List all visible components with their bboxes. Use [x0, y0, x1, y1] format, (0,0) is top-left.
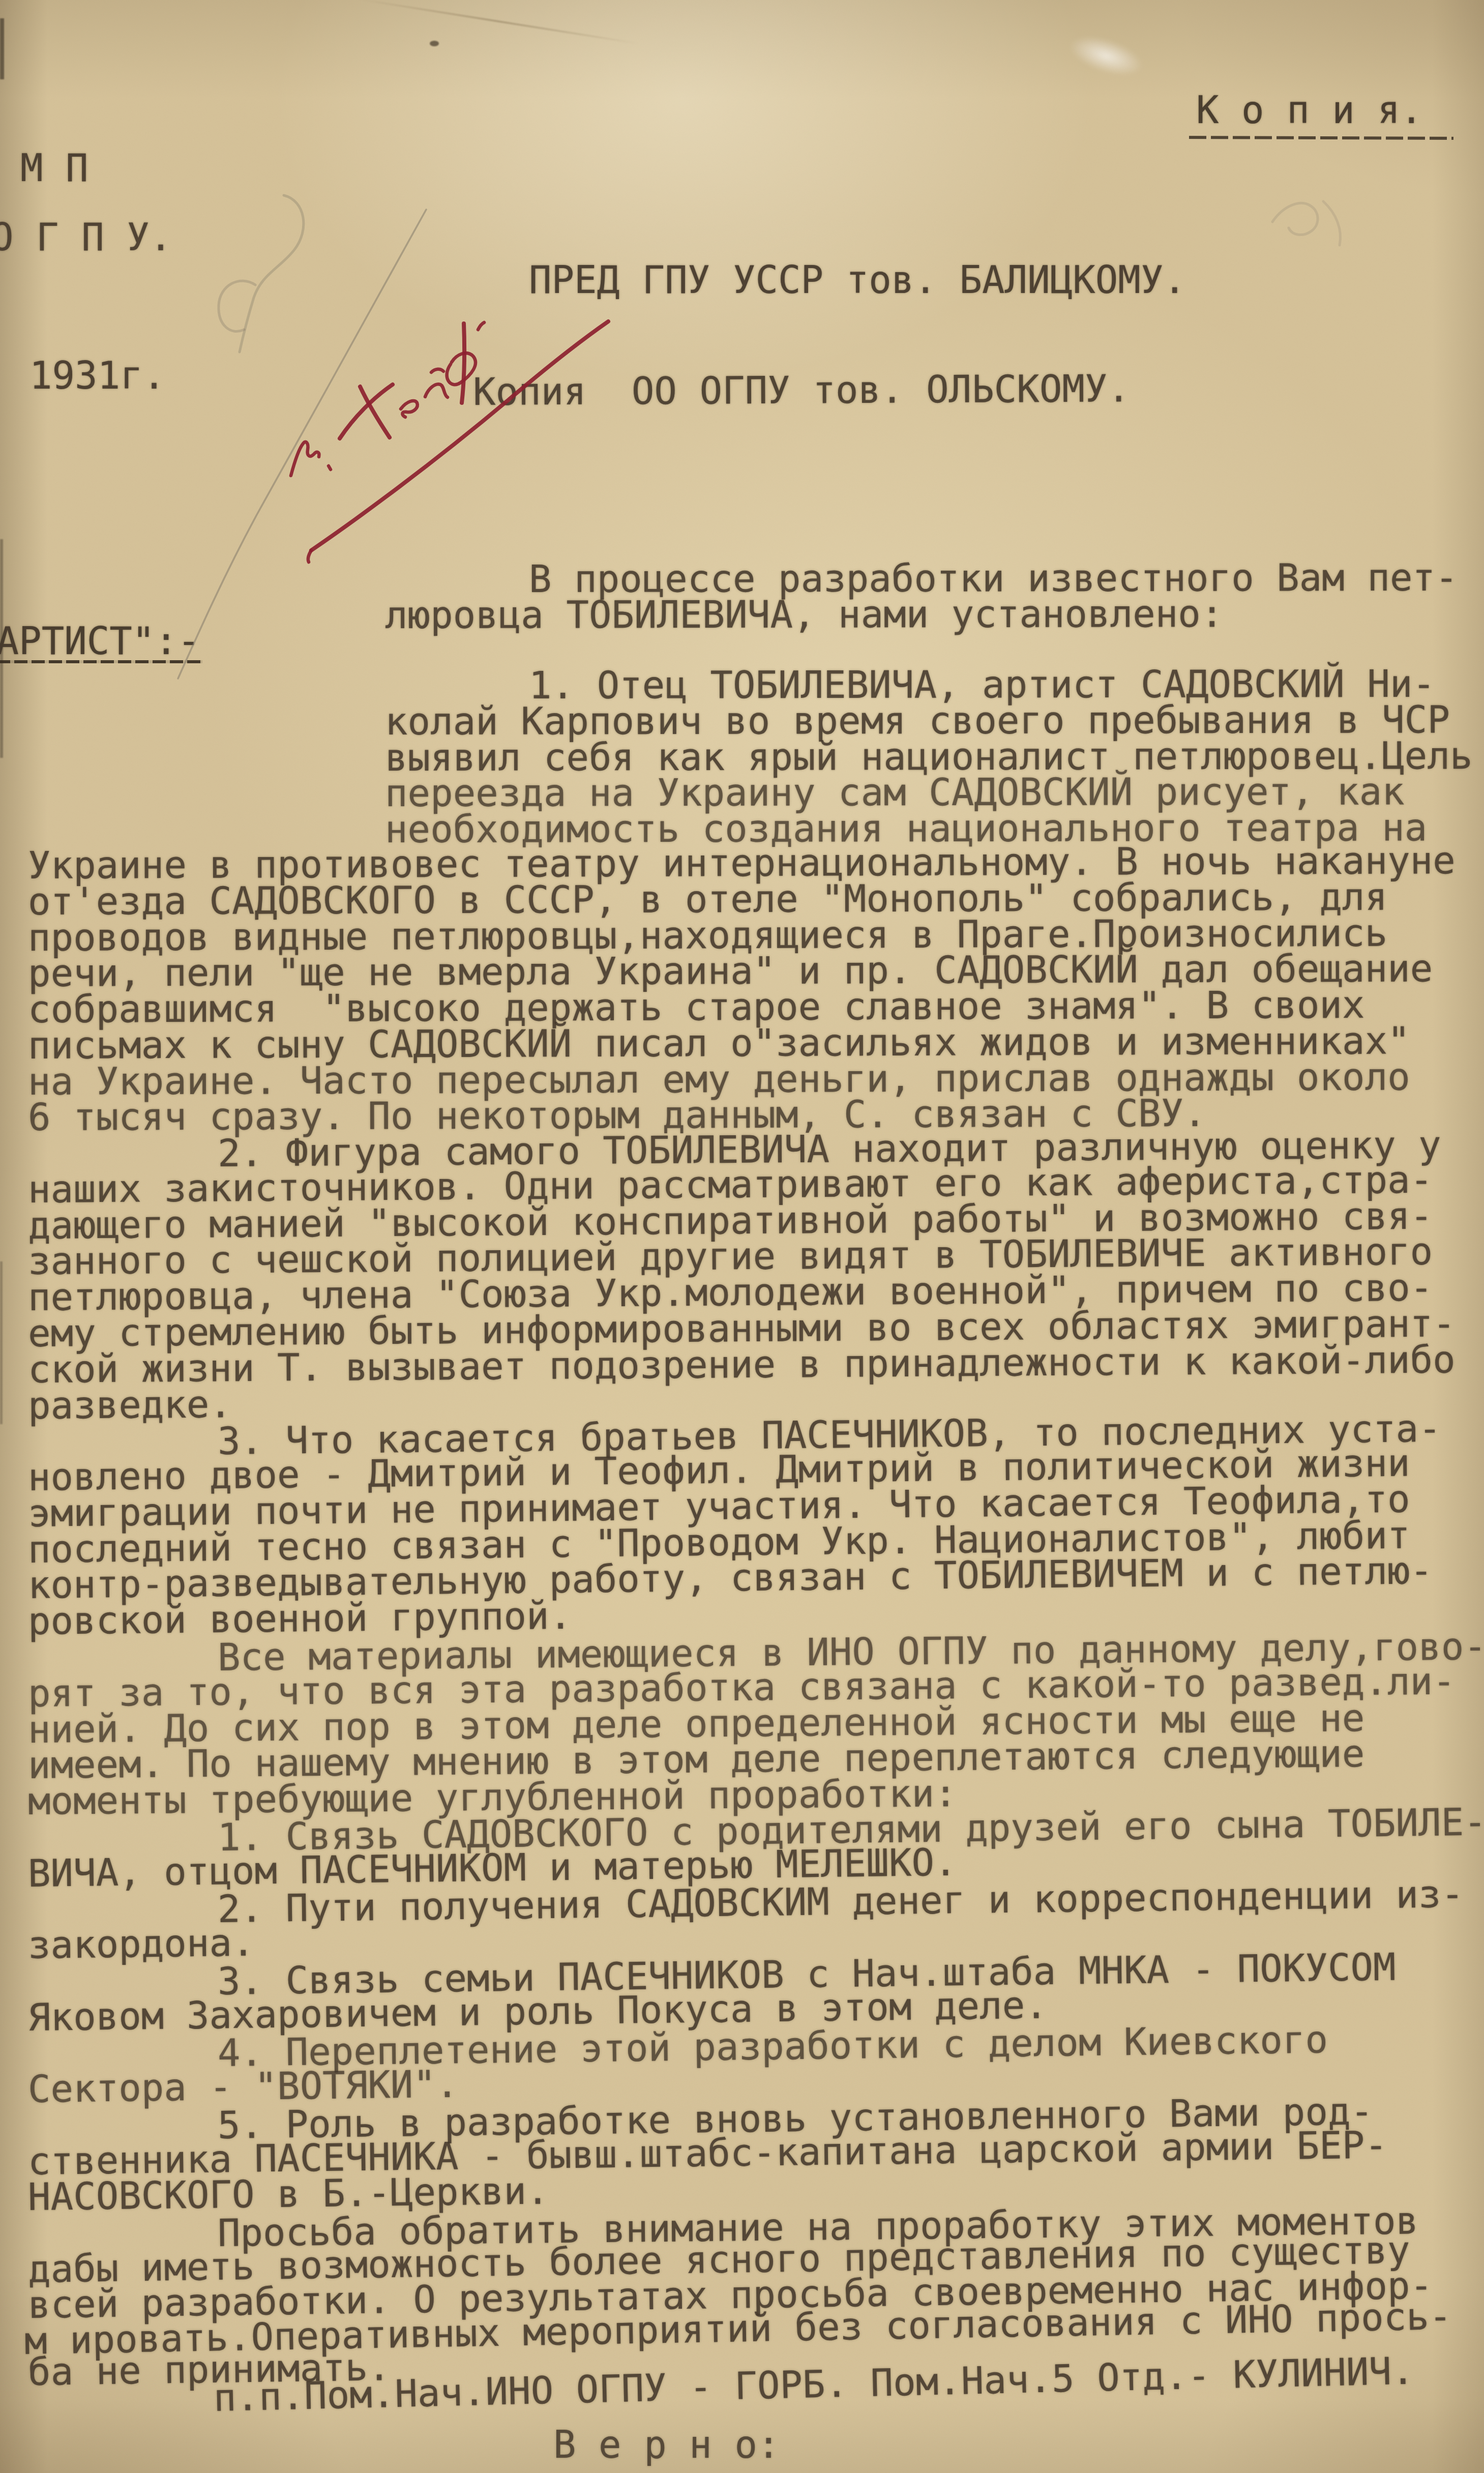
stamp-year: 1931г.: [29, 356, 165, 396]
scan-edge-mark: [0, 1261, 3, 1424]
classification-underline: [1189, 136, 1453, 140]
case-codename-underline: [0, 660, 202, 663]
paper-crease: [358, 0, 639, 45]
document-page: К о п и я. М П О Г П У. 1931г. ПРЕД ГПУ …: [0, 0, 1484, 2473]
typed-line: разведке.: [28, 1385, 232, 1426]
gloss-highlight: [1065, 28, 1147, 83]
red-ink-annotation: [291, 321, 608, 562]
pencil-corner-squiggle: [1272, 201, 1341, 245]
classification-label: К о п и я.: [1196, 91, 1423, 130]
pencil-scribble: [219, 195, 304, 352]
case-codename-label: "АРТИСТ":-: [0, 622, 200, 661]
recipient-copy: Копия ОО ОГПУ тов. ОЛЬСКОМУ.: [473, 369, 1130, 412]
recipient-primary: ПРЕД ГПУ УССР тов. БАЛИЦКОМУ.: [529, 260, 1186, 300]
ink-stain: [430, 41, 439, 46]
red-note-text: т. Хейф.: [0, 0, 1, 1]
typed-line: ской жизни Т. вызывает подозрение в прин…: [28, 1340, 1456, 1390]
stamp-line-ogpu: О Г П У.: [0, 218, 172, 257]
typed-line: закордона.: [28, 1923, 255, 1965]
signature-line: п.п.Пом.Нач.ИНО ОГПУ - ГОРБ. Пом.Нач.5 О…: [213, 2351, 1414, 2418]
typed-line: люровца ТОБИЛЕВИЧА, нами установлено:: [385, 594, 1224, 635]
stamp-line-mp: М П: [20, 149, 88, 188]
scan-edge-mark: [0, 18, 4, 79]
certification-label: В е р н о:: [553, 2425, 780, 2465]
